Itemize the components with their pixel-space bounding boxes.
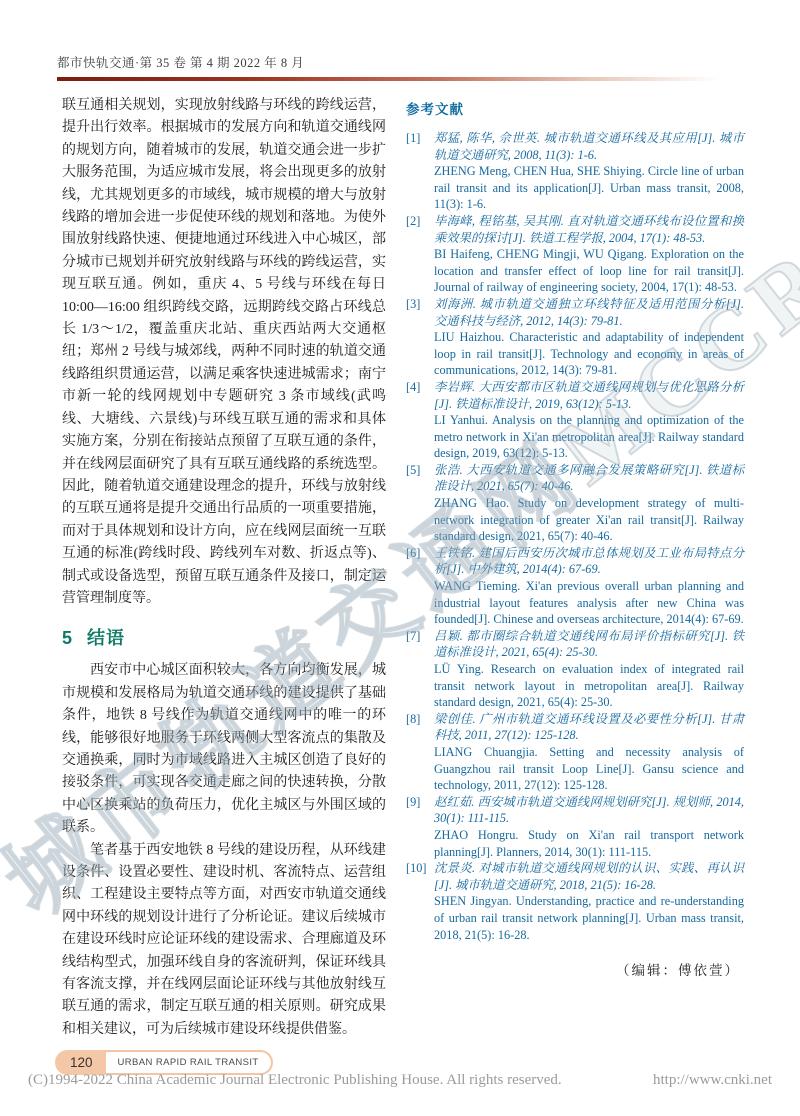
reference-zh-text: 李岩辉. 大西安都市区轨道交通线网规划与优化思路分析[J]. 铁道标准设计, 2… — [434, 379, 744, 412]
reference-number: [3] — [406, 296, 434, 379]
footer-copyright-bar: (C)1994-2022 China Academic Journal Elec… — [28, 1072, 772, 1089]
reference-number: [1] — [406, 130, 434, 213]
reference-zh-text: 赵红茹. 西安城市轨道交通线网规划研究[J]. 规划师, 2014, 30(1)… — [434, 794, 744, 827]
reference-number: [7] — [406, 628, 434, 711]
reference-text: 毕海峰, 程铭基, 吴其刚. 直对轨道交通环线布设位置和换乘效果的探讨[J]. … — [434, 213, 744, 296]
left-text-column: 联互通相关规划，实现放射线路与环线的跨线运营，提升出行效率。根据城市的发展方向和… — [62, 95, 386, 1041]
reference-number: [10] — [406, 860, 434, 943]
reference-text: 王铁铭. 建国后西安历次城市总体规划及工业布局特点分析[J]. 中外建筑, 20… — [434, 545, 744, 628]
cnki-url: http://www.cnki.net — [653, 1072, 772, 1089]
section-heading-conclusion: 5结语 — [62, 624, 386, 650]
journal-page: 都市快轨交通·第 35 卷 第 4 期 2022 年 8 月 城市轨道交通网MC… — [0, 0, 800, 1116]
reference-item: [6]王铁铭. 建国后西安历次城市总体规划及工业布局特点分析[J]. 中外建筑,… — [406, 545, 744, 628]
reference-en-text: ZHENG Meng, CHEN Hua, SHE Shiying. Circl… — [434, 163, 744, 213]
reference-zh-text: 沈景炎. 对城市轨道交通线网规划的认识、实践、再认识[J]. 城市轨道交通研究,… — [434, 860, 744, 893]
references-column: 参考文献 [1]郑猛, 陈华, 佘世英. 城市轨道交通环线及其应用[J]. 城市… — [406, 95, 744, 1041]
reference-text: 吕颖. 都市圈综合轨道交通线网布局评价指标研究[J]. 铁道标准设计, 2021… — [434, 628, 744, 711]
reference-en-text: LIU Haizhou. Characteristic and adaptabi… — [434, 329, 744, 379]
reference-en-text: ZHAO Hongru. Study on Xi'an rail transpo… — [434, 827, 744, 860]
reference-zh-text: 刘海洲. 城市轨道交通独立环线特征及适用范围分析[J]. 交通科技与经济, 20… — [434, 296, 744, 329]
reference-item: [5]张浩. 大西安轨道交通多网融合发展策略研究[J]. 铁道标准设计, 202… — [406, 462, 744, 545]
reference-zh-text: 郑猛, 陈华, 佘世英. 城市轨道交通环线及其应用[J]. 城市轨道交通研究, … — [434, 130, 744, 163]
references-heading: 参考文献 — [406, 98, 744, 118]
reference-text: 沈景炎. 对城市轨道交通线网规划的认识、实践、再认识[J]. 城市轨道交通研究,… — [434, 860, 744, 943]
reference-en-text: LI Yanhui. Analysis on the planning and … — [434, 412, 744, 462]
reference-item: [10]沈景炎. 对城市轨道交通线网规划的认识、实践、再认识[J]. 城市轨道交… — [406, 860, 744, 943]
conclusion-paragraph-1: 西安市中心城区面积较大，各方向均衡发展，城市规模和发展格局为轨道交通环线的建设提… — [62, 660, 386, 839]
reference-item: [9]赵红茹. 西安城市轨道交通线网规划研究[J]. 规划师, 2014, 30… — [406, 794, 744, 860]
reference-item: [7]吕颖. 都市圈综合轨道交通线网布局评价指标研究[J]. 铁道标准设计, 2… — [406, 628, 744, 711]
reference-zh-text: 张浩. 大西安轨道交通多网融合发展策略研究[J]. 铁道标准设计, 2021, … — [434, 462, 744, 495]
reference-item: [1]郑猛, 陈华, 佘世英. 城市轨道交通环线及其应用[J]. 城市轨道交通研… — [406, 130, 744, 213]
reference-text: 赵红茹. 西安城市轨道交通线网规划研究[J]. 规划师, 2014, 30(1)… — [434, 794, 744, 860]
reference-number: [4] — [406, 379, 434, 462]
reference-number: [5] — [406, 462, 434, 545]
reference-text: 张浩. 大西安轨道交通多网融合发展策略研究[J]. 铁道标准设计, 2021, … — [434, 462, 744, 545]
conclusion-paragraph-2: 笔者基于西安地铁 8 号线的建设历程，从环线建设条件、设置必要性、建设时机、客流… — [62, 840, 386, 1042]
editor-note: （编辑：傅依萱） — [406, 959, 744, 979]
journal-header-line: 都市快轨交通·第 35 卷 第 4 期 2022 年 8 月 — [57, 53, 745, 71]
reference-zh-text: 毕海峰, 程铭基, 吴其刚. 直对轨道交通环线布设位置和换乘效果的探讨[J]. … — [434, 213, 744, 246]
body-paragraph-continuation: 联互通相关规划，实现放射线路与环线的跨线运营，提升出行效率。根据城市的发展方向和… — [62, 95, 386, 610]
reference-en-text: ZHANG Hao. Study on development strategy… — [434, 495, 744, 545]
reference-number: [2] — [406, 213, 434, 296]
reference-en-text: WANG Tieming. Xi'an previous overall urb… — [434, 578, 744, 628]
reference-list: [1]郑猛, 陈华, 佘世英. 城市轨道交通环线及其应用[J]. 城市轨道交通研… — [406, 130, 744, 943]
header-gradient-rule — [57, 77, 747, 81]
copyright-text: (C)1994-2022 China Academic Journal Elec… — [28, 1072, 562, 1089]
reference-en-text: LÜ Ying. Research on evaluation index of… — [434, 661, 744, 711]
reference-zh-text: 梁创佳. 广州市轨道交通环线设置及必要性分析[J]. 甘肃科技, 2011, 2… — [434, 711, 744, 744]
reference-item: [2]毕海峰, 程铭基, 吴其刚. 直对轨道交通环线布设位置和换乘效果的探讨[J… — [406, 213, 744, 296]
reference-zh-text: 吕颖. 都市圈综合轨道交通线网布局评价指标研究[J]. 铁道标准设计, 2021… — [434, 628, 744, 661]
reference-en-text: LIANG Chuangjia. Setting and necessity a… — [434, 744, 744, 794]
section-title: 结语 — [87, 628, 125, 648]
reference-text: 刘海洲. 城市轨道交通独立环线特征及适用范围分析[J]. 交通科技与经济, 20… — [434, 296, 744, 379]
reference-number: [9] — [406, 794, 434, 860]
reference-item: [4]李岩辉. 大西安都市区轨道交通线网规划与优化思路分析[J]. 铁道标准设计… — [406, 379, 744, 462]
reference-en-text: SHEN Jingyan. Understanding, practice an… — [434, 893, 744, 943]
reference-text: 郑猛, 陈华, 佘世英. 城市轨道交通环线及其应用[J]. 城市轨道交通研究, … — [434, 130, 744, 213]
reference-text: 李岩辉. 大西安都市区轨道交通线网规划与优化思路分析[J]. 铁道标准设计, 2… — [434, 379, 744, 462]
two-column-body: 联互通相关规划，实现放射线路与环线的跨线运营，提升出行效率。根据城市的发展方向和… — [62, 95, 744, 1041]
reference-item: [3]刘海洲. 城市轨道交通独立环线特征及适用范围分析[J]. 交通科技与经济,… — [406, 296, 744, 379]
reference-text: 梁创佳. 广州市轨道交通环线设置及必要性分析[J]. 甘肃科技, 2011, 2… — [434, 711, 744, 794]
reference-item: [8]梁创佳. 广州市轨道交通环线设置及必要性分析[J]. 甘肃科技, 2011… — [406, 711, 744, 794]
reference-number: [8] — [406, 711, 434, 794]
reference-zh-text: 王铁铭. 建国后西安历次城市总体规划及工业布局特点分析[J]. 中外建筑, 20… — [434, 545, 744, 578]
section-number: 5 — [62, 628, 73, 648]
reference-number: [6] — [406, 545, 434, 628]
reference-en-text: BI Haifeng, CHENG Mingji, WU Qigang. Exp… — [434, 246, 744, 296]
